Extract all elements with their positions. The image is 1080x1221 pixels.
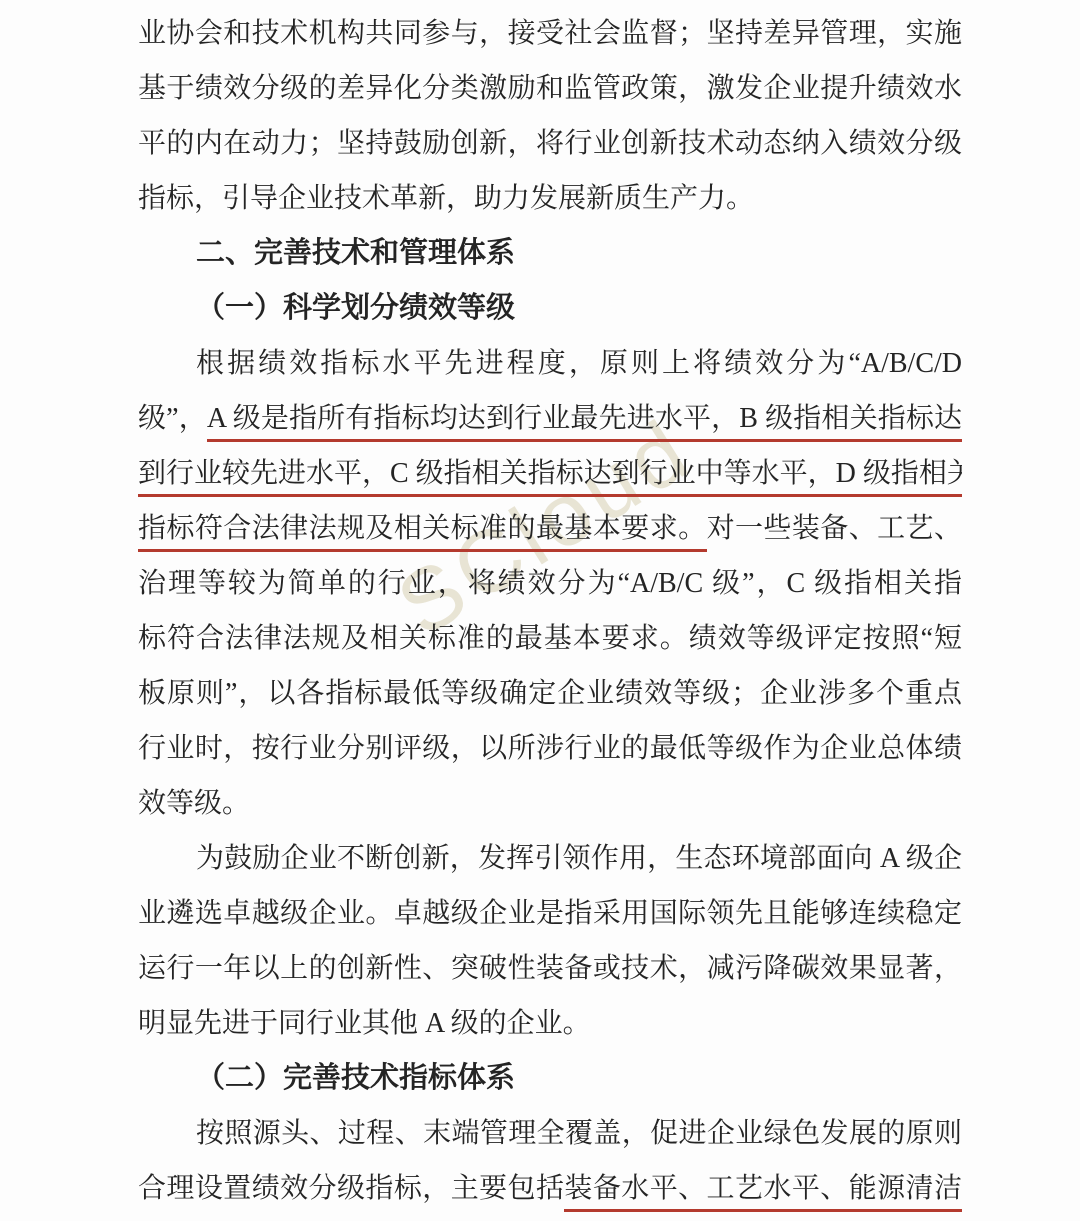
text-segment: 二、完善技术和管理体系: [196, 237, 515, 269]
text-segment: （一）科学划分绩效等级: [196, 292, 515, 324]
text-segment: 标符合法律法规及相关标准的最基本要求。绩效等级评定按照“短: [138, 623, 962, 654]
text-segment: 合理设置绩效分级指标，主要包括: [138, 1173, 564, 1204]
text-line: 按照源头、过程、末端管理全覆盖，促进企业绿色发展的原则: [138, 1106, 962, 1161]
document-body: 业协会和技术机构共同参与，接受社会监督；坚持差异管理，实施基于绩效分级的差异化分…: [0, 0, 1080, 1216]
text-segment: 明显先进于同行业其他 A 级的企业。: [138, 1008, 591, 1039]
text-segment: 对一些装备、工艺、: [707, 513, 962, 544]
text-line: 平的内在动力；坚持鼓励创新，将行业创新技术动态纳入绩效分级: [138, 116, 962, 171]
text-segment: （二）完善技术指标体系: [196, 1062, 515, 1094]
text-line: 合理设置绩效分级指标，主要包括装备水平、工艺水平、能源清洁: [138, 1161, 962, 1216]
text-segment: 行业时，按行业分别评级，以所涉行业的最低等级作为企业总体绩: [138, 733, 962, 764]
section-heading: 二、完善技术和管理体系: [138, 226, 962, 281]
text-segment: 板原则”，以各指标最低等级确定企业绩效等级；企业涉多个重点: [138, 678, 962, 709]
text-segment: 级”，: [138, 403, 207, 434]
document-page: SCloud 业协会和技术机构共同参与，接受社会监督；坚持差异管理，实施基于绩效…: [0, 0, 1080, 1221]
text-segment: 基于绩效分级的差异化分类激励和监管政策，激发企业提升绩效水: [138, 73, 962, 104]
text-segment: 指标，引导企业技术革新，助力发展新质生产力。: [138, 183, 754, 214]
text-line: 标符合法律法规及相关标准的最基本要求。绩效等级评定按照“短: [138, 611, 962, 666]
text-segment: 业协会和技术机构共同参与，接受社会监督；坚持差异管理，实施: [138, 18, 962, 49]
text-line: 板原则”，以各指标最低等级确定企业绩效等级；企业涉多个重点: [138, 666, 962, 721]
text-line: 效等级。: [138, 776, 962, 831]
text-line: 指标符合法律法规及相关标准的最基本要求。对一些装备、工艺、: [138, 501, 962, 556]
text-line: 到行业较先进水平，C 级指相关指标达到行业中等水平，D 级指相关: [138, 446, 962, 501]
text-line: 基于绩效分级的差异化分类激励和监管政策，激发企业提升绩效水: [138, 61, 962, 116]
section-heading: （二）完善技术指标体系: [138, 1051, 962, 1106]
text-line: 指标，引导企业技术革新，助力发展新质生产力。: [138, 171, 962, 226]
underlined-text: 到行业较先进水平，C 级指相关指标达到行业中等水平，D 级指相关: [138, 458, 962, 497]
underlined-text: A 级是指所有指标均达到行业最先进水平，B 级指相关指标达: [207, 403, 962, 442]
text-line: 治理等较为简单的行业，将绩效分为“A/B/C 级”，C 级指相关指: [138, 556, 962, 611]
text-line: 根据绩效指标水平先进程度，原则上将绩效分为“A/B/C/D: [138, 336, 962, 391]
text-segment: 根据绩效指标水平先进程度，原则上将绩效分为“A/B/C/D: [196, 348, 962, 379]
text-line: 业遴选卓越级企业。卓越级企业是指采用国际领先且能够连续稳定: [138, 886, 962, 941]
text-segment: 为鼓励企业不断创新，发挥引领作用，生态环境部面向 A 级企: [196, 843, 962, 874]
text-segment: 按照源头、过程、末端管理全覆盖，促进企业绿色发展的原则: [196, 1118, 962, 1149]
underlined-text: 装备水平、工艺水平、能源清洁: [564, 1173, 962, 1212]
text-line: 行业时，按行业分别评级，以所涉行业的最低等级作为企业总体绩: [138, 721, 962, 776]
text-line: 为鼓励企业不断创新，发挥引领作用，生态环境部面向 A 级企: [138, 831, 962, 886]
text-segment: 运行一年以上的创新性、突破性装备或技术，减污降碳效果显著，: [138, 953, 962, 984]
text-line: 业协会和技术机构共同参与，接受社会监督；坚持差异管理，实施: [138, 6, 962, 61]
text-segment: 平的内在动力；坚持鼓励创新，将行业创新技术动态纳入绩效分级: [138, 128, 962, 159]
text-segment: 效等级。: [138, 788, 250, 819]
section-heading: （一）科学划分绩效等级: [138, 281, 962, 336]
text-line: 运行一年以上的创新性、突破性装备或技术，减污降碳效果显著，: [138, 941, 962, 996]
text-segment: 治理等较为简单的行业，将绩效分为“A/B/C 级”，C 级指相关指: [138, 568, 962, 599]
text-segment: 业遴选卓越级企业。卓越级企业是指采用国际领先且能够连续稳定: [138, 898, 962, 929]
text-line: 级”，A 级是指所有指标均达到行业最先进水平，B 级指相关指标达: [138, 391, 962, 446]
underlined-text: 指标符合法律法规及相关标准的最基本要求。: [138, 513, 707, 552]
text-line: 明显先进于同行业其他 A 级的企业。: [138, 996, 962, 1051]
